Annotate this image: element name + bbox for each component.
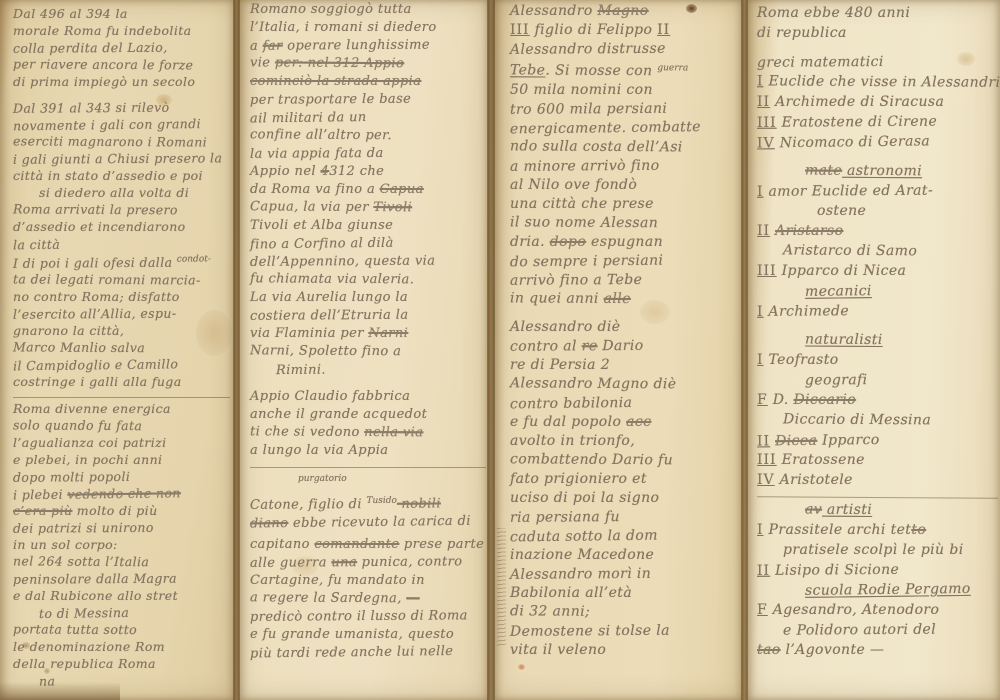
handwritten-line: do sempre i persiani (510, 251, 740, 273)
handwritten-line: avolto in trionfo, (510, 432, 740, 451)
handwritten-line: di 32 anni; (510, 602, 740, 622)
handwritten-line: Alessandro diè (510, 318, 740, 337)
handwritten-line: 50 mila nomini con (510, 81, 740, 100)
handwritten-line: IIAristarso (757, 221, 998, 241)
handwritten-line: greci matematici (757, 51, 998, 73)
handwritten-line: costringe i galli alla fuga (13, 373, 230, 390)
handwritten-line: IEuclide che visse in Alessandria (757, 71, 998, 92)
handwritten-line: predicò contro il lusso di Roma (250, 607, 486, 627)
handwritten-line: mecanici (757, 280, 998, 303)
handwritten-line: di prima impiegò un secolo (13, 73, 230, 90)
handwritten-line: av artisti (757, 496, 998, 520)
handwritten-line: Appio Claudio fabbrica (250, 388, 486, 406)
notebook-page-3: Alessandro MagnoIIIfiglio di Felippo IIA… (494, 0, 742, 700)
handwritten-line: peninsolare dalla Magra (13, 569, 230, 588)
handwritten-line: FAgesandro, Atenodoro (757, 600, 998, 620)
handwritten-line: c’era più molto di più (13, 502, 230, 519)
handwritten-line: ITeofrasto (757, 350, 998, 370)
handwritten-line: confine all’altro per. (250, 126, 486, 145)
handwritten-line: città in stato d’assedio e poi (13, 167, 230, 184)
handwritten-line: Dal 496 al 394 la (13, 5, 230, 22)
handwritten-line: in un sol corpo: (13, 536, 230, 553)
handwritten-line: IVAristotele (757, 470, 998, 490)
handwritten-line: dei patrizi si unirono (13, 518, 230, 537)
handwritten-line: alle guerra una punica, contro (250, 553, 486, 573)
margin-annotation-scribble (497, 528, 506, 646)
handwritten-line: IIIIpparco di Nicea (757, 261, 998, 281)
notebook-page-4: Roma ebbe 480 annidi republicagreci mate… (747, 0, 1000, 700)
handwritten-line: la via appia fata da (250, 144, 486, 164)
handwritten-line: combattendo Dario fu (510, 450, 740, 470)
handwritten-line: l’agualianza coi patrizi (13, 434, 230, 451)
handwritten-line: IIIfiglio di Felippo II (510, 21, 740, 40)
handwritten-line: arrivò fino a Tebe (510, 270, 740, 291)
handwritten-line: da Roma va fino a Capua (250, 181, 486, 199)
handwritten-line: via Flaminia per Narni (250, 325, 486, 343)
handwritten-line: il suo nome Alessan (510, 213, 740, 233)
handwritten-line: Capua, la via per Tivoli (250, 198, 486, 217)
handwritten-line: Roma ebbe 480 anni (757, 3, 998, 23)
handwritten-line: inazione Macedone (510, 546, 740, 565)
page-2-text: Romano soggiogò tuttal’Italia, i romani … (239, 0, 488, 662)
handwritten-line: La via Aurelia lungo la (250, 289, 486, 307)
handwritten-line: ria persiana fu (510, 507, 740, 528)
handwritten-line: il Campidoglio e Camillo (13, 355, 230, 375)
handwritten-line: mate astronomi (757, 160, 998, 181)
page-fold-edge (233, 0, 240, 700)
handwritten-line: IIDicea Ipparco (757, 429, 998, 452)
page-3-text: Alessandro MagnoIIIfiglio di Felippo IIA… (494, 0, 742, 660)
notebook-page-1: Dal 496 al 394 lamorale Roma fu indeboli… (0, 0, 234, 700)
handwritten-line: tao l’Agovonte — (757, 640, 998, 660)
handwritten-line: ndo sulla costa dell’Asi (510, 137, 740, 157)
handwritten-line: IIArchimede di Siracusa (757, 92, 998, 112)
handwritten-line: capitano comandante prese parte anche (250, 532, 486, 554)
handwritten-line: e plebei, in pochi anni (13, 451, 230, 468)
handwritten-line: anche il grande acquedot (250, 406, 486, 424)
handwritten-line: e fu grande umanista, questo (250, 626, 486, 644)
handwritten-line: pratisele scolpì le più bi (757, 540, 998, 560)
handwritten-line: i plebei vedendo che non (13, 484, 230, 504)
handwritten-line: Roma arrivati la presero (13, 200, 230, 218)
handwritten-line: e dal Rubicone allo stret (13, 587, 230, 604)
handwritten-line: Dal 391 al 343 si rilevò (13, 98, 230, 117)
handwritten-line: e Polidoro autori del (757, 619, 998, 641)
handwritten-line: fato prigioniero et (510, 470, 740, 489)
handwritten-line: Narni, Spoletto fino a (250, 342, 486, 361)
handwritten-line: d’assedio et incendiarono (13, 218, 230, 235)
handwritten-line: a far operare lunghissime (250, 36, 486, 56)
handwritten-line: a minore arrivò fino (510, 156, 740, 177)
handwritten-line: solo quando fu fata (13, 416, 230, 434)
handwritten-line: na (13, 671, 230, 690)
handwritten-line: IArchimede (757, 300, 998, 322)
handwritten-line: ti che si vedono nella via (250, 423, 486, 442)
handwritten-line: Romano soggiogò tutta (250, 1, 486, 19)
handwritten-line: portata tutta sotto (13, 620, 230, 638)
handwritten-line: dell’Appennino, questa via (250, 252, 486, 272)
handwritten-line: una città che prese (510, 195, 740, 214)
handwritten-line: IVNicomaco di Gerasa (757, 131, 998, 154)
handwritten-line: purgatorio (250, 467, 486, 492)
handwritten-line: per riavere ancora le forze (13, 55, 230, 73)
page-1-text: Dal 496 al 394 lamorale Roma fu indeboli… (0, 0, 234, 689)
handwritten-line: Appio nel 4312 che (250, 163, 486, 181)
handwritten-line: energicamente. combatte (510, 118, 740, 140)
handwritten-line: contro babilonia (510, 393, 740, 415)
handwritten-line: Marco Manlio salva (13, 338, 230, 356)
handwritten-line: to di Messina (13, 603, 230, 623)
notebook-scan: Dal 496 al 394 lamorale Roma fu indeboli… (0, 0, 1000, 700)
handwritten-line: gnarono la città, (13, 322, 230, 339)
handwritten-line: novamente i gali con grandi (13, 115, 230, 135)
handwritten-line: IIIEratostene di Cirene (757, 111, 998, 133)
handwritten-line: geografi (757, 369, 998, 391)
handwritten-line: a regere la Sardegna, — (250, 589, 486, 608)
handwritten-line: Alessandro Magno diè (510, 374, 740, 394)
handwritten-line: di republica (757, 23, 998, 43)
handwritten-line: caduta sotto la dom (510, 526, 740, 548)
handwritten-line: ostene (757, 201, 998, 221)
handwritten-line: al Nilo ove fondò (510, 176, 740, 195)
handwritten-line: Catone, figlio di Tusido nobili (250, 491, 486, 515)
page-fold-edge (487, 0, 495, 700)
handwritten-line: I di poi i gali ofesi dalla condot- (13, 251, 230, 272)
handwritten-line: fino a Corfino al dilà (250, 234, 486, 255)
handwritten-line: Alessandro morì in (510, 564, 740, 585)
handwritten-line: i gali giunti a Chiusi presero la (13, 149, 230, 168)
handwritten-line: Diccario di Messina (757, 409, 998, 430)
handwritten-line: Alessandro distrusse (510, 39, 740, 60)
handwritten-line: l’Italia, i romani si diedero (250, 19, 486, 37)
handwritten-line: vie per: nel 312 Appio (250, 54, 486, 73)
handwritten-line: vita il veleno (510, 641, 740, 660)
handwritten-line: si diedero alla volta di (13, 184, 230, 201)
handwritten-line: Demostene si tolse la (510, 621, 740, 642)
handwritten-line: più tardi rede anche lui nelle (250, 643, 486, 664)
handwritten-line: morale Roma fu indebolita (13, 22, 230, 39)
handwritten-line: dopo molti popoli (13, 467, 230, 486)
handwritten-line: fu chiamata via valeria. (250, 270, 486, 289)
handwritten-line: Tebe. Si mosse con guerra (510, 58, 740, 81)
handwritten-line: re di Persia 2 (510, 356, 740, 375)
handwritten-line: IPrassitele archi tetto (757, 520, 998, 540)
handwritten-line: eserciti magnarono i Romani (13, 132, 230, 150)
handwritten-line: e fu dal popolo acc (510, 413, 740, 432)
handwritten-line: ail militari da un (250, 108, 486, 129)
handwritten-line: FD. Diccario (757, 390, 998, 410)
handwritten-line: ta dei legati romani marcia- (13, 270, 230, 288)
handwritten-line: Roma divenne energica (13, 397, 230, 417)
handwritten-line: colla perdita del Lazio, (13, 38, 230, 57)
handwritten-line: Tivoli et Alba giunse (250, 217, 486, 235)
handwritten-line: IILisipo di Sicione (757, 559, 998, 581)
handwritten-line: Iamor Euclide ed Arat- (757, 180, 998, 202)
handwritten-line: contro al re Dario (510, 336, 740, 357)
notebook-page-2: Romano soggiogò tuttal’Italia, i romani … (239, 0, 488, 700)
handwritten-line: della republica Roma (13, 655, 230, 672)
handwritten-line: IIIEratossene (757, 450, 998, 470)
handwritten-line: uciso di poi la signo (510, 489, 740, 508)
handwritten-line: cominciò la strada appia (250, 73, 486, 91)
handwritten-line: in quei anni alle (510, 289, 740, 309)
handwritten-line: l’esercito all’Allia, espu- (13, 304, 230, 323)
handwritten-line: per trasportare le base (250, 90, 486, 110)
handwritten-line: tro 600 mila persiani (510, 99, 740, 120)
handwritten-line: diano ebbe ricevuto la carica di (250, 513, 486, 534)
handwritten-line: Cartagine, fu mandato in (250, 572, 486, 590)
handwritten-line: scuola Rodie Pergamo (757, 579, 998, 602)
handwritten-line: a lungo la via Appia (250, 442, 486, 460)
page-4-text: Roma ebbe 480 annidi republicagreci mate… (747, 0, 1000, 660)
handwritten-line: dria. dopo espugnan (510, 233, 740, 252)
handwritten-line: costiera dell’Etruria la (250, 306, 486, 326)
handwritten-line: Aristarco di Samo (757, 240, 998, 261)
handwritten-line: la città (13, 234, 230, 254)
handwritten-line: Rimini. (250, 360, 486, 381)
handwritten-line: naturalisti (757, 329, 998, 350)
handwritten-line: Babilonia all’età (510, 584, 740, 603)
handwritten-line: no contro Roma; disfatto (13, 288, 230, 305)
handwritten-line: nel 264 sotta l’Italia (13, 552, 230, 570)
handwritten-line: le denominazione Rom (13, 638, 230, 655)
handwritten-line: Alessandro Magno (510, 2, 740, 21)
page-fold-edge (741, 0, 748, 700)
